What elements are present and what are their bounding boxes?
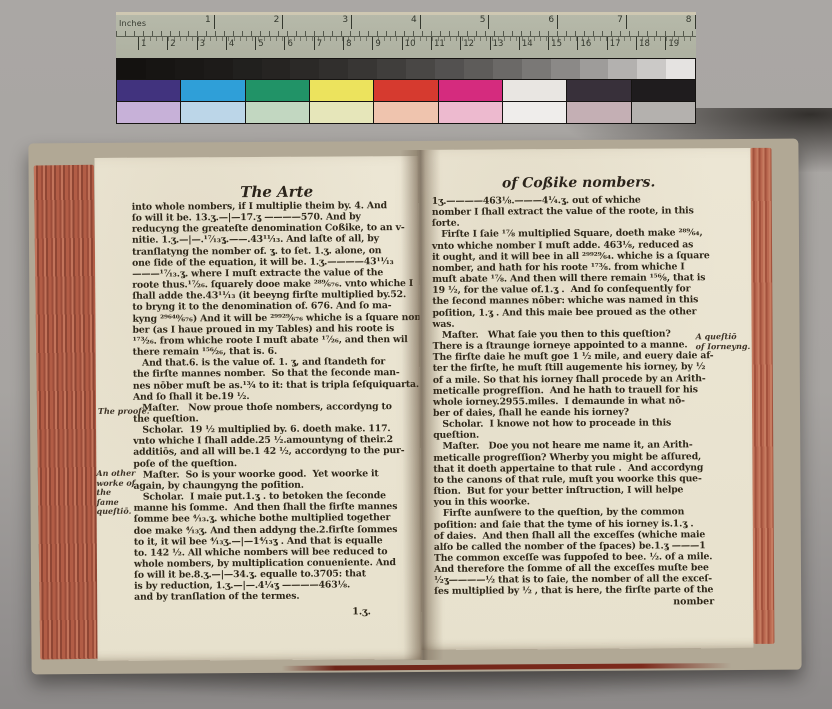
grayscale-patch bbox=[319, 59, 348, 79]
grayscale-patch bbox=[204, 59, 233, 79]
color-patch bbox=[439, 102, 503, 123]
text-line: nes nōber muſt be as.¹³⁄₄ to it: that is… bbox=[133, 378, 425, 391]
margin-note-another-worke: An other worke of the ſame queſtiō. bbox=[96, 469, 136, 517]
ruler-cm-number: 5 bbox=[255, 37, 284, 50]
ruler-cm-number: 3 bbox=[197, 37, 226, 50]
ruler-cm-number: 7 bbox=[314, 37, 343, 50]
left-catchword: 1.ʒ. bbox=[352, 606, 371, 617]
ruler-cm-number: 13 bbox=[490, 37, 519, 50]
grayscale-patch bbox=[377, 59, 406, 79]
ruler-cm-number: 2 bbox=[167, 37, 196, 50]
grayscale-patch bbox=[406, 59, 435, 79]
red-page-edges-bottom bbox=[282, 663, 732, 671]
grayscale-patch bbox=[493, 59, 522, 79]
grayscale-strip bbox=[116, 58, 696, 79]
calibration-target: Inches 12345678 123456789101112131415161… bbox=[116, 12, 696, 124]
ruler-unit-label: Inches bbox=[119, 19, 146, 28]
color-patch bbox=[117, 102, 181, 123]
ruler-cm-number: 10 bbox=[402, 37, 431, 50]
color-patch bbox=[567, 102, 631, 123]
ruler-cm-number: 6 bbox=[284, 37, 313, 50]
color-patch bbox=[246, 80, 310, 101]
ruler-cm-number: 18 bbox=[636, 37, 665, 50]
text-line: whole iorney.2955.miles. I demaunde in w… bbox=[433, 395, 727, 408]
ruler-inch-row: Inches 12345678 bbox=[116, 15, 696, 37]
grayscale-patch bbox=[666, 59, 695, 79]
left-page-header: The Arte bbox=[131, 182, 423, 202]
grayscale-patch bbox=[608, 59, 637, 79]
text-line: additiōs, and all will be.1 42 ½, accord… bbox=[133, 445, 425, 458]
right-page-header: of Coßike nombers. bbox=[433, 174, 725, 192]
text-line: into whole nombers, if I multiplie theim… bbox=[132, 200, 424, 213]
ruler-inch-number: 4 bbox=[352, 15, 421, 29]
ruler-cm-number: 19 bbox=[665, 37, 694, 50]
grayscale-patch bbox=[146, 59, 175, 79]
ruler-cm-number: 16 bbox=[577, 37, 606, 50]
red-page-edges-right bbox=[750, 148, 774, 644]
grayscale-patch bbox=[435, 59, 464, 79]
color-patch bbox=[632, 102, 695, 123]
grayscale-patch bbox=[290, 59, 319, 79]
grayscale-patch bbox=[464, 59, 493, 79]
right-page-text: 1ʒ.————463⅛.———4¼.ʓ. out of whichenomber… bbox=[432, 194, 728, 597]
ruler-inch-number: 8 bbox=[627, 15, 696, 29]
ruler-inch-number: 6 bbox=[489, 15, 558, 29]
text-line: poſition, 1.ʓ . And this maie bee proued… bbox=[432, 306, 726, 319]
color-patch bbox=[117, 80, 181, 101]
ruler-cm-number: 15 bbox=[548, 37, 577, 50]
grayscale-patch bbox=[175, 59, 204, 79]
ruler-cm-number: 14 bbox=[519, 37, 548, 50]
grayscale-patch bbox=[580, 59, 609, 79]
grayscale-patch bbox=[348, 59, 377, 79]
ruler-inch-number: 1 bbox=[146, 15, 215, 29]
grayscale-patch bbox=[262, 59, 291, 79]
ruler: Inches 12345678 123456789101112131415161… bbox=[116, 15, 696, 58]
ruler-cm-number: 4 bbox=[226, 37, 255, 50]
text-line: ſtion. But for your better inſtruction, … bbox=[433, 484, 727, 497]
color-patch bbox=[310, 80, 374, 101]
book: The Arte into whole nombers, if I multip… bbox=[28, 139, 801, 675]
color-patch bbox=[374, 80, 438, 101]
color-patch bbox=[181, 102, 245, 123]
ruler-cm-number: 11 bbox=[431, 37, 460, 50]
ruler-cm-number: 17 bbox=[607, 37, 636, 50]
right-catchword: nomber bbox=[673, 596, 714, 607]
color-patch bbox=[246, 102, 310, 123]
text-line: Maſter. Now proue thoſe nombers, accordy… bbox=[133, 401, 425, 414]
color-patch bbox=[310, 102, 374, 123]
grayscale-patch bbox=[551, 59, 580, 79]
ruler-inch-number: 7 bbox=[558, 15, 627, 29]
color-patch bbox=[567, 80, 631, 101]
color-patch bbox=[632, 80, 695, 101]
margin-note-the-proofe: The proofe. bbox=[98, 407, 150, 417]
text-line: ¹⁷³⁄₂₆. from whiche roote I muſt abate ¹… bbox=[133, 334, 425, 347]
pastel-color-row bbox=[116, 101, 696, 124]
color-patch bbox=[374, 102, 438, 123]
text-line: nomber I ſhall extract the value of the … bbox=[432, 205, 726, 218]
color-patch bbox=[439, 80, 503, 101]
text-line: and by tranſlation of the termes. bbox=[134, 590, 426, 603]
photo-background: Inches 12345678 123456789101112131415161… bbox=[0, 0, 832, 709]
ruler-inch-number: 3 bbox=[283, 15, 352, 29]
ruler-cm-number: 1 bbox=[138, 37, 167, 50]
grayscale-patch bbox=[637, 59, 666, 79]
ruler-cm-number: 12 bbox=[460, 37, 489, 50]
red-page-edges-left bbox=[34, 165, 100, 660]
color-patch bbox=[181, 80, 245, 101]
ruler-inch-number: 5 bbox=[421, 15, 490, 29]
saturated-color-row bbox=[116, 79, 696, 101]
grayscale-patch bbox=[233, 59, 262, 79]
ruler-cm-number: 9 bbox=[372, 37, 401, 50]
grayscale-patch bbox=[117, 59, 146, 79]
left-page: The Arte into whole nombers, if I multip… bbox=[94, 156, 421, 661]
ruler-cm-number: 8 bbox=[343, 37, 372, 50]
color-patch bbox=[503, 80, 567, 101]
book-gutter-shadow bbox=[400, 150, 443, 660]
ruler-cm-row: 12345678910111213141516171819 bbox=[116, 37, 696, 58]
grayscale-patch bbox=[522, 59, 551, 79]
right-page: of Coßike nombers. 1ʒ.————463⅛.———4¼.ʓ. … bbox=[418, 148, 753, 650]
text-line: whole nombers, by multiplication conueni… bbox=[134, 557, 426, 570]
color-patch bbox=[503, 102, 567, 123]
ruler-inch-number: 2 bbox=[215, 15, 284, 29]
margin-note-question-of-iorneyng: A queſtiō of Iorneyng. bbox=[696, 332, 752, 352]
left-page-text: into whole nombers, if I multiplie theim… bbox=[132, 200, 426, 603]
